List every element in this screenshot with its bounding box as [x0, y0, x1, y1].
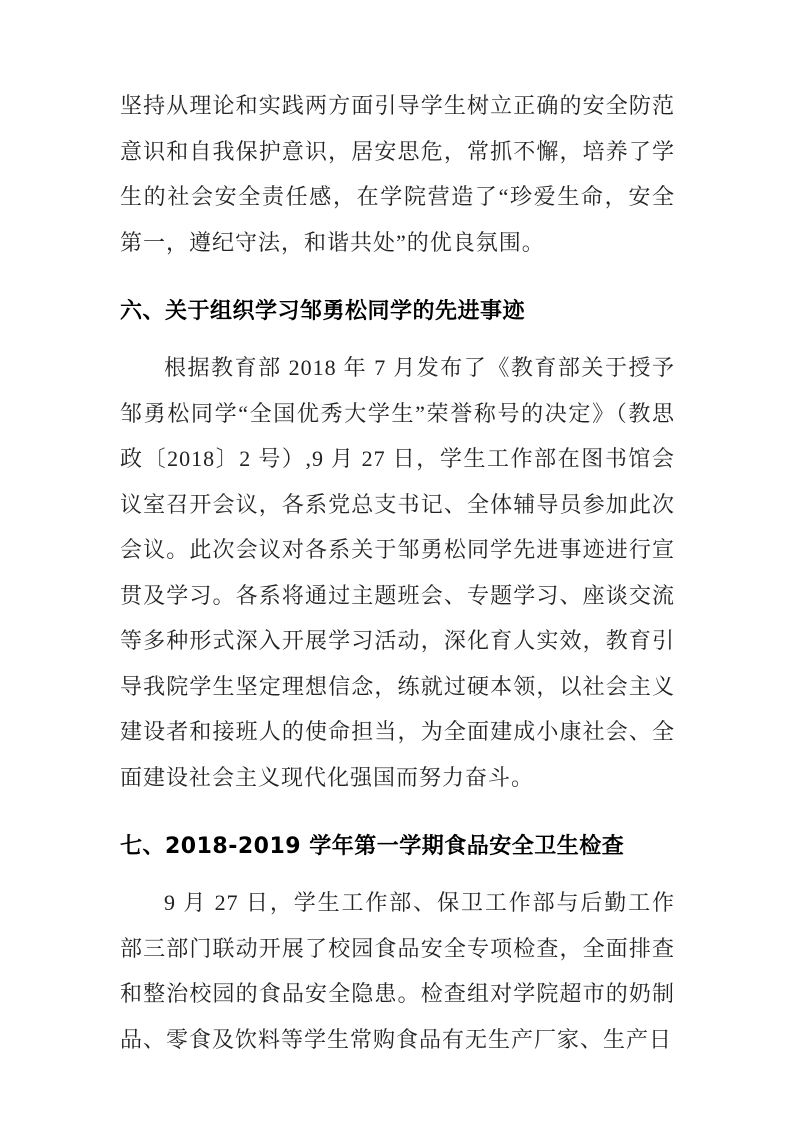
section-heading-six: 六、关于组织学习邹勇松同学的先进事迹: [120, 295, 675, 329]
section-six-paragraph: 根据教育部 2018 年 7 月发布了《教育部关于授予邹勇松同学“全国优秀大学生…: [120, 345, 675, 800]
document-page: 坚持从理论和实践两方面引导学生树立正确的安全防范意识和自我保护意识，居安思危，常…: [0, 0, 793, 1122]
paragraph-continuation: 坚持从理论和实践两方面引导学生树立正确的安全防范意识和自我保护意识，居安思危，常…: [120, 83, 675, 265]
section-seven-paragraph: 9 月 27 日，学生工作部、保卫工作部与后勤工作部三部门联动开展了校园食品安全…: [120, 880, 675, 1062]
section-heading-seven: 七、2018-2019 学年第一学期食品安全卫生检查: [120, 830, 675, 864]
